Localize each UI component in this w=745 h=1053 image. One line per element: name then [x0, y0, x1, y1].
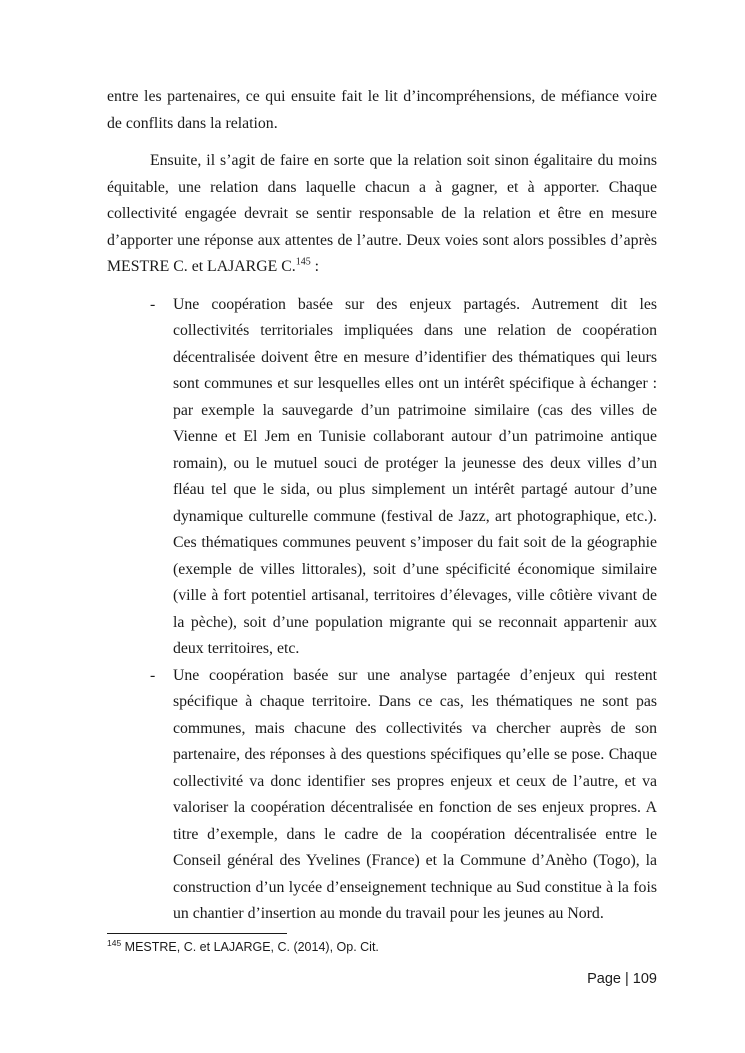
list-item: - Une coopération basée sur une analyse … — [107, 663, 657, 928]
paragraph-text: Ensuite, il s’agit de faire en sorte que… — [107, 152, 657, 275]
body-paragraph-1: entre les partenaires, ce qui ensuite fa… — [107, 84, 657, 137]
list-item: - Une coopération basée sur des enjeux p… — [107, 292, 657, 663]
bullet-list: - Une coopération basée sur des enjeux p… — [107, 292, 657, 928]
list-item-text: Une coopération basée sur une analyse pa… — [173, 663, 657, 928]
footnote-citation: MESTRE, C. et LAJARGE, C. (2014), Op. Ci… — [121, 940, 379, 954]
paragraph-text: : — [311, 258, 319, 275]
document-page: entre les partenaires, ce qui ensuite fa… — [0, 0, 745, 1053]
main-text-column: entre les partenaires, ce qui ensuite fa… — [107, 84, 657, 928]
paragraph-text: entre les partenaires, ce qui ensuite fa… — [107, 88, 657, 132]
footnote-reference: 145 — [296, 257, 311, 268]
body-paragraph-2: Ensuite, il s’agit de faire en sorte que… — [107, 148, 657, 281]
footnote-separator — [107, 933, 287, 934]
footnote-block: 145 MESTRE, C. et LAJARGE, C. (2014), Op… — [107, 933, 657, 955]
bullet-dash: - — [150, 663, 173, 690]
page-number: Page | 109 — [587, 971, 657, 987]
footnote-number: 145 — [107, 938, 121, 948]
bullet-dash: - — [150, 292, 173, 319]
footnote: 145 MESTRE, C. et LAJARGE, C. (2014), Op… — [107, 939, 657, 955]
list-item-text: Une coopération basée sur des enjeux par… — [173, 292, 657, 663]
